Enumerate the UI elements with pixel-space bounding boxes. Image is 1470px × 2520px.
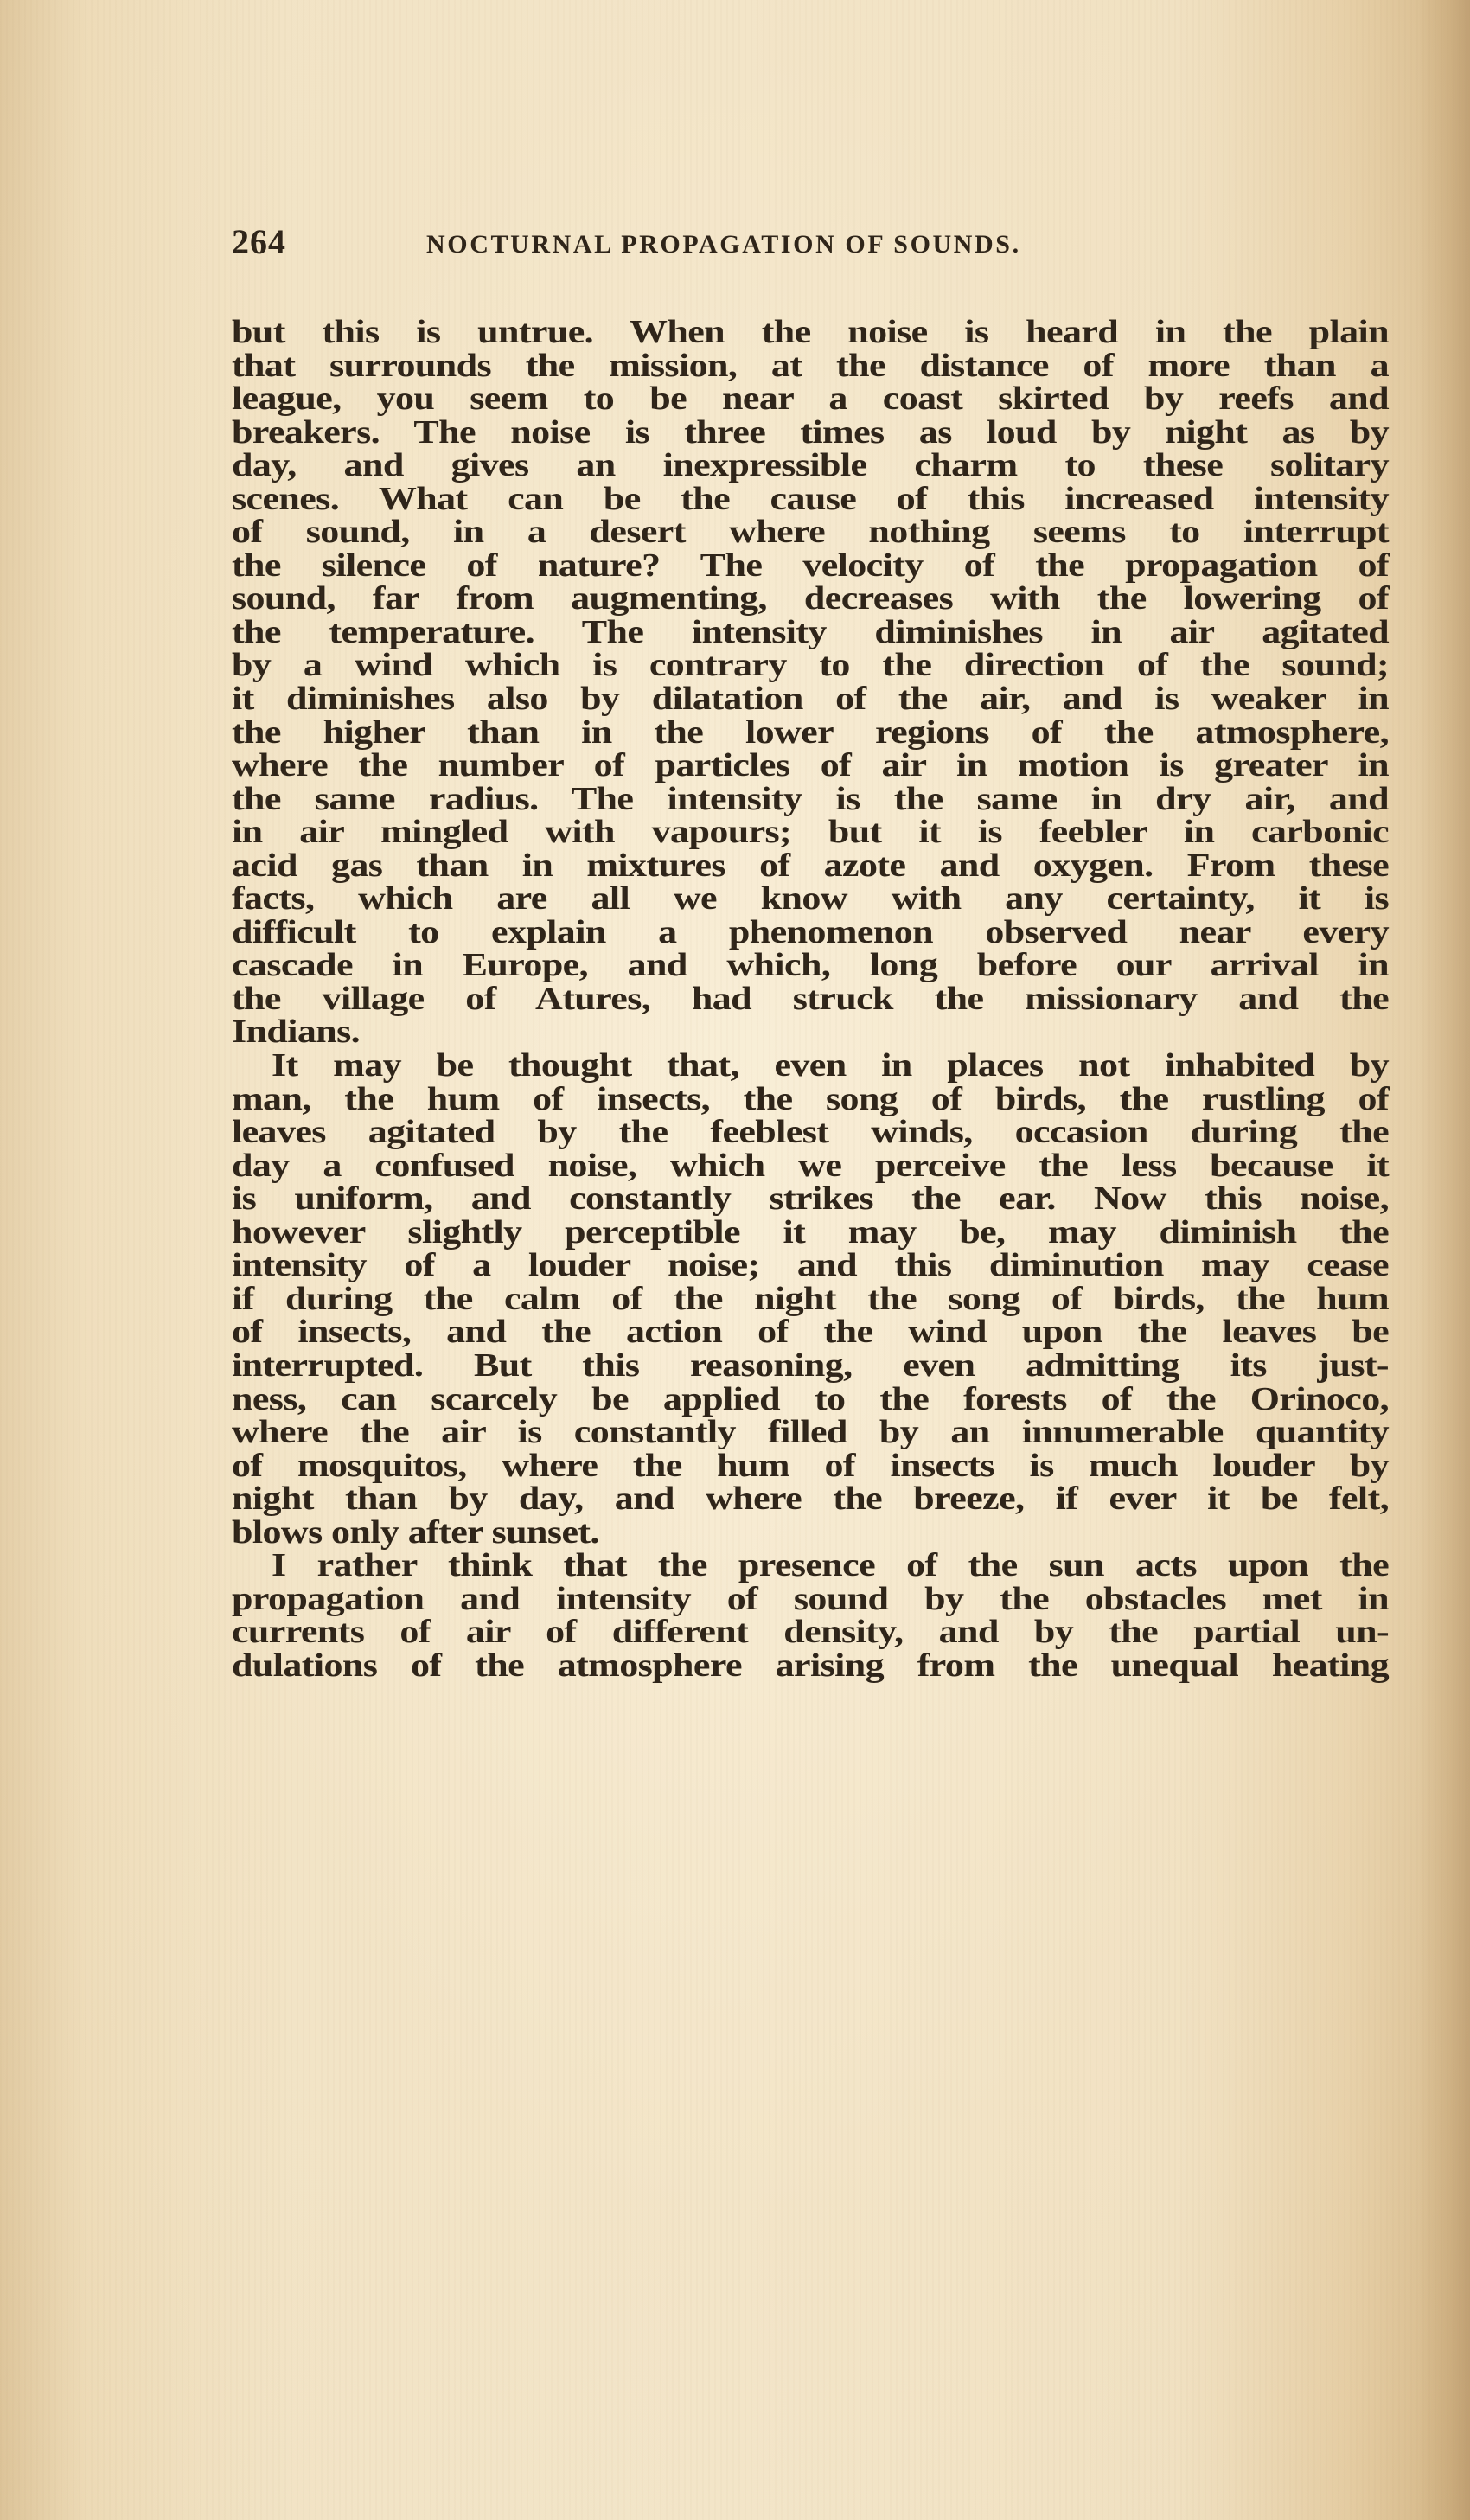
text-line: where the air is constantly filled by an… bbox=[232, 1418, 1389, 1447]
text-line: acid gas than in mixtures of azote and o… bbox=[232, 851, 1389, 879]
text-line: the same radius. The intensity is the sa… bbox=[232, 784, 1389, 813]
text-line: I rather think that the presence of the … bbox=[232, 1551, 1389, 1580]
text-line: ness, can scarcely be applied to the for… bbox=[232, 1385, 1389, 1413]
text-line: in air mingled with vapours; but it is f… bbox=[232, 818, 1389, 847]
text-line: scenes. What can be the cause of this in… bbox=[232, 484, 1389, 513]
text-line: it diminishes also by dilatation of the … bbox=[232, 685, 1389, 713]
text-line: the village of Atures, had struck the mi… bbox=[232, 985, 1389, 1014]
text-line: man, the hum of insects, the song of bir… bbox=[232, 1084, 1389, 1113]
text-line: of insects, and the action of the wind u… bbox=[232, 1318, 1389, 1346]
text-line: day, and gives an inexpressible charm to… bbox=[232, 451, 1389, 480]
text-line: if during the calm of the night the song… bbox=[232, 1285, 1389, 1314]
text-line: the silence of nature? The velocity of t… bbox=[232, 552, 1389, 580]
text-line: interrupted. But this reasoning, even ad… bbox=[232, 1352, 1389, 1380]
text-line: by a wind which is contrary to the direc… bbox=[232, 651, 1389, 680]
text-line: breakers. The noise is three times as lo… bbox=[232, 418, 1389, 446]
paragraph-3: I rather think that the presence of the … bbox=[232, 1549, 1389, 1682]
paragraph-2: It may be thought that, even in places n… bbox=[232, 1049, 1389, 1549]
text-line: It may be thought that, even in places n… bbox=[232, 1052, 1389, 1080]
text-line: the temperature. The intensity diminishe… bbox=[232, 618, 1389, 647]
text-line: that surrounds the mission, at the dista… bbox=[232, 351, 1389, 380]
page-edge-shadow bbox=[1418, 0, 1470, 2520]
book-page: 264 NOCTURNAL PROPAGATION OF SOUNDS. but… bbox=[0, 0, 1470, 2520]
text-line: however slightly perceptible it may be, … bbox=[232, 1218, 1389, 1246]
text-line: currents of air of different density, an… bbox=[232, 1618, 1389, 1647]
text-line: is uniform, and constantly strikes the e… bbox=[232, 1185, 1389, 1213]
text-line: night than by day, and where the breeze,… bbox=[232, 1485, 1389, 1513]
text-line: of mosquitos, where the hum of insects i… bbox=[232, 1451, 1389, 1480]
text-line: leaves agitated by the feeblest winds, o… bbox=[232, 1118, 1389, 1147]
body-text: but this is untrue. When the noise is he… bbox=[232, 316, 1389, 1682]
text-line: cascade in Europe, and which, long befor… bbox=[232, 951, 1389, 980]
running-title: NOCTURNAL PROPAGATION OF SOUNDS. bbox=[426, 221, 1021, 269]
text-line: of sound, in a desert where nothing seem… bbox=[232, 518, 1389, 547]
text-line: dulations of the atmosphere arising from… bbox=[232, 1652, 1389, 1680]
text-line: propagation and intensity of sound by th… bbox=[232, 1584, 1389, 1613]
text-line: facts, which are all we know with any ce… bbox=[232, 885, 1389, 913]
paragraph-1: but this is untrue. When the noise is he… bbox=[232, 316, 1389, 1049]
text-line: league, you seem to be near a coast skir… bbox=[232, 385, 1389, 413]
text-line: difficult to explain a phenomenon observ… bbox=[232, 918, 1389, 947]
page-number: 264 bbox=[232, 218, 286, 266]
text-line: blows only after sunset. bbox=[232, 1518, 1389, 1546]
running-header: 264 NOCTURNAL PROPAGATION OF SOUNDS. bbox=[232, 218, 1390, 266]
text-line: the higher than in the lower regions of … bbox=[232, 718, 1389, 746]
text-line: intensity of a louder noise; and this di… bbox=[232, 1251, 1389, 1280]
text-line: but this is untrue. When the noise is he… bbox=[232, 318, 1389, 347]
text-line: Indians. bbox=[232, 1018, 1389, 1046]
text-line: sound, far from augmenting, decreases wi… bbox=[232, 585, 1389, 613]
text-line: day a confused noise, which we perceive … bbox=[232, 1151, 1389, 1180]
text-line: where the number of particles of air in … bbox=[232, 752, 1389, 780]
